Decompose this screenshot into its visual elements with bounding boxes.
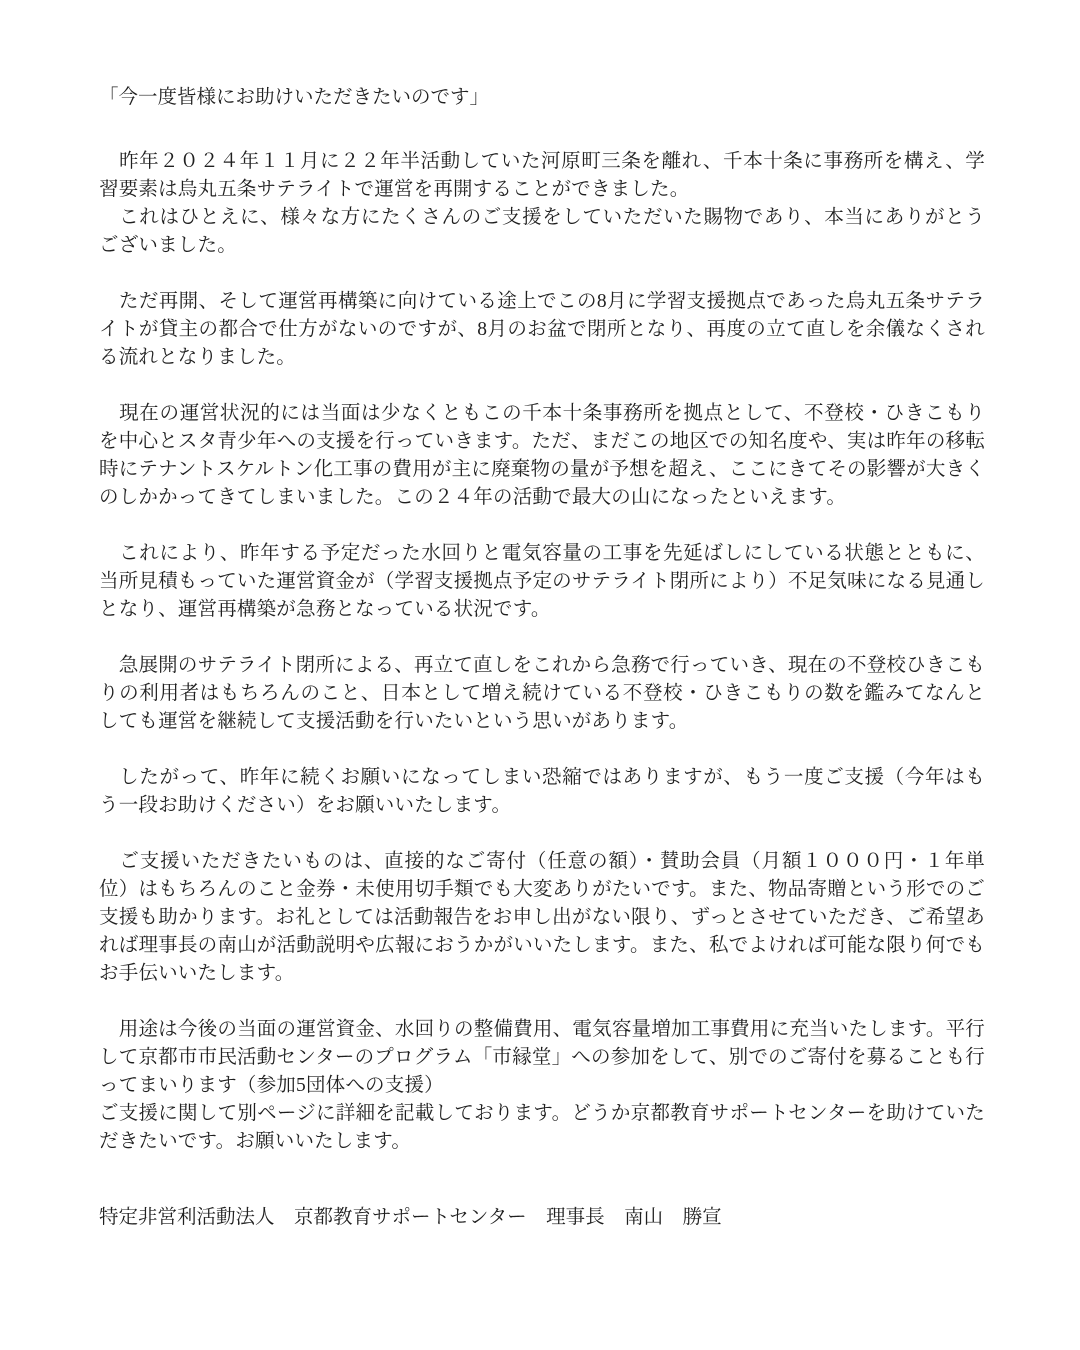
paragraph-satellite-closure: ただ再開、そして運営再構築に向けている途上でこの8月に学習支援拠点であった烏丸五… — [99, 288, 985, 372]
paragraph-relocation: 昨年２０２４年１１月に２２年半活動していた河原町三条を離れ、千本十条に事務所を構… — [99, 148, 985, 204]
paragraph-support-types: ご支援いただきたいものは、直接的なご寄付（任意の額）・賛助会員（月額１０００円・… — [99, 848, 985, 988]
paragraph-rebuilding-intent: 急展開のサテライト閉所による、再立て直しをこれから急務で行っていき、現在の不登校… — [99, 652, 985, 736]
paragraph-postponed-works: これにより、昨年する予定だった水回りと電気容量の工事を先延ばしにしている状態とと… — [99, 540, 985, 624]
paragraph-details-reference: ご支援に関して別ページに詳細を記載しております。どうか京都教育サポートセンターを… — [99, 1100, 985, 1156]
signature-line: 特定非営利活動法人 京都教育サポートセンター 理事長 南山 勝宣 — [99, 1204, 985, 1232]
paragraph-current-situation: 現在の運営状況的には当面は少なくともこの千本十条事務所を拠点として、不登校・ひき… — [99, 400, 985, 512]
document-page: 「今一度皆様にお助けいただきたいのです」 昨年２０２４年１１月に２２年半活動して… — [0, 0, 1080, 1350]
document-title: 「今一度皆様にお助けいただきたいのです」 — [99, 84, 985, 112]
paragraph-request: したがって、昨年に続くお願いになってしまい恐縮ではありますが、もう一度ご支援（今… — [99, 764, 985, 820]
paragraph-thanks: これはひとえに、様々な方にたくさんのご支援をしていただいた賜物であり、本当にあり… — [99, 204, 985, 260]
paragraph-fund-usage: 用途は今後の当面の運営資金、水回りの整備費用、電気容量増加工事費用に充当いたしま… — [99, 1016, 985, 1100]
